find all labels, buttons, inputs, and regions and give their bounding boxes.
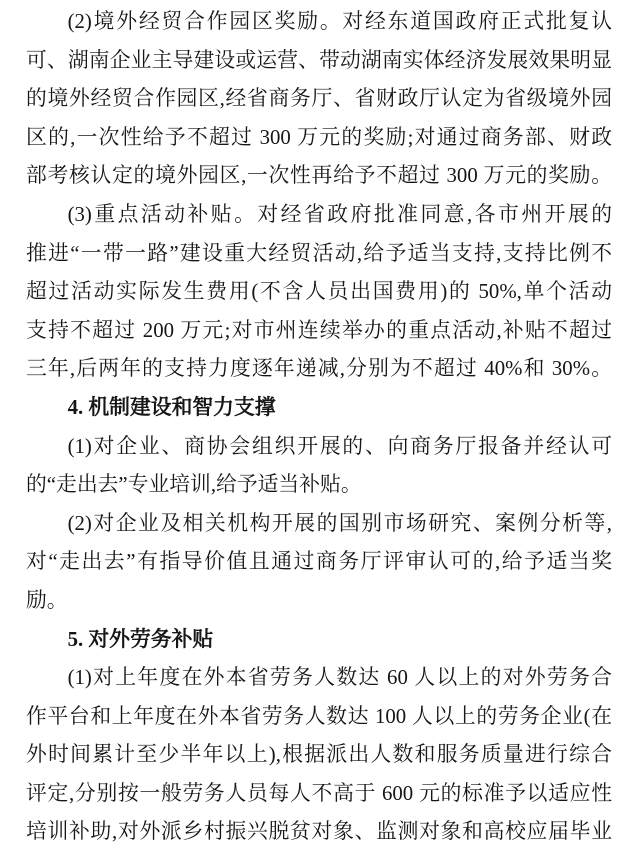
text-line: 支持不超过 200 万元;对市州连续举办的重点活动,补贴不超过 [26,312,612,351]
text-line: 评定,分别按一般劳务人员每人不高于 600 元的标准予以适应性 [26,775,612,814]
text-line: 区的,一次性给予不超过 300 万元的奖励;对通过商务部、财政 [26,119,612,158]
text-line: (1)对企业、商协会组织开展的、向商务厅报备并经认可 [26,428,612,467]
text-line: 三年,后两年的支持力度逐年递减,分别为不超过 40%和 30%。 [26,350,612,389]
text-line: (2)对企业及相关机构开展的国别市场研究、案例分析等, [26,505,612,544]
text-line: 培训补助,对外派乡村振兴脱贫对象、监测对象和高校应届毕业 [26,813,612,850]
text-line: 的境外经贸合作园区,经省商务厅、省财政厅认定为省级境外园 [26,80,612,119]
para-training-subsidy: (1)对企业、商协会组织开展的、向商务厅报备并经认可的“走出去”专业培训,给予适… [26,428,612,505]
para-overseas-park-reward: (2)境外经贸合作园区奖励。对经东道国政府正式批复认可、湖南企业主导建设或运营、… [26,3,612,196]
text-line: 推进“一带一路”建设重大经贸活动,给予适当支持,支持比例不 [26,235,612,274]
text-line: 对“走出去”有指导价值且通过商务厅评审认可的,给予适当奖 [26,543,612,582]
text-line: (2)境外经贸合作园区奖励。对经东道国政府正式批复认 [26,3,612,42]
text-line: 的“走出去”专业培训,给予适当补贴。 [26,466,612,505]
heading-5-foreign-labor-subsidy: 5. 对外劳务补贴 [26,621,612,660]
text-line: 超过活动实际发生费用(不含人员出国费用)的 50%,单个活动 [26,273,612,312]
text-line: 5. 对外劳务补贴 [26,621,612,660]
document-body: (2)境外经贸合作园区奖励。对经东道国政府正式批复认可、湖南企业主导建设或运营、… [26,3,612,850]
text-line: 4. 机制建设和智力支撑 [26,389,612,428]
para-market-research-reward: (2)对企业及相关机构开展的国别市场研究、案例分析等,对“走出去”有指导价值且通… [26,505,612,621]
text-line: (1)对上年度在外本省劳务人数达 60 人以上的对外劳务合 [26,659,612,698]
text-line: (3)重点活动补贴。对经省政府批准同意,各市州开展的 [26,196,612,235]
text-line: 部考核认定的境外园区,一次性再给予不超过 300 万元的奖励。 [26,157,612,196]
para-key-activity-subsidy: (3)重点活动补贴。对经省政府批准同意,各市州开展的推进“一带一路”建设重大经贸… [26,196,612,389]
document-page: (2)境外经贸合作园区奖励。对经东道国政府正式批复认可、湖南企业主导建设或运营、… [0,0,639,850]
heading-4-mechanism-support: 4. 机制建设和智力支撑 [26,389,612,428]
para-labor-platform-subsidy: (1)对上年度在外本省劳务人数达 60 人以上的对外劳务合作平台和上年度在外本省… [26,659,612,850]
text-line: 励。 [26,582,612,621]
text-line: 可、湖南企业主导建设或运营、带动湖南实体经济发展效果明显 [26,42,612,81]
text-line: 作平台和上年度在外本省劳务人数达 100 人以上的劳务企业(在 [26,698,612,737]
text-line: 外时间累计至少半年以上),根据派出人数和服务质量进行综合 [26,736,612,775]
